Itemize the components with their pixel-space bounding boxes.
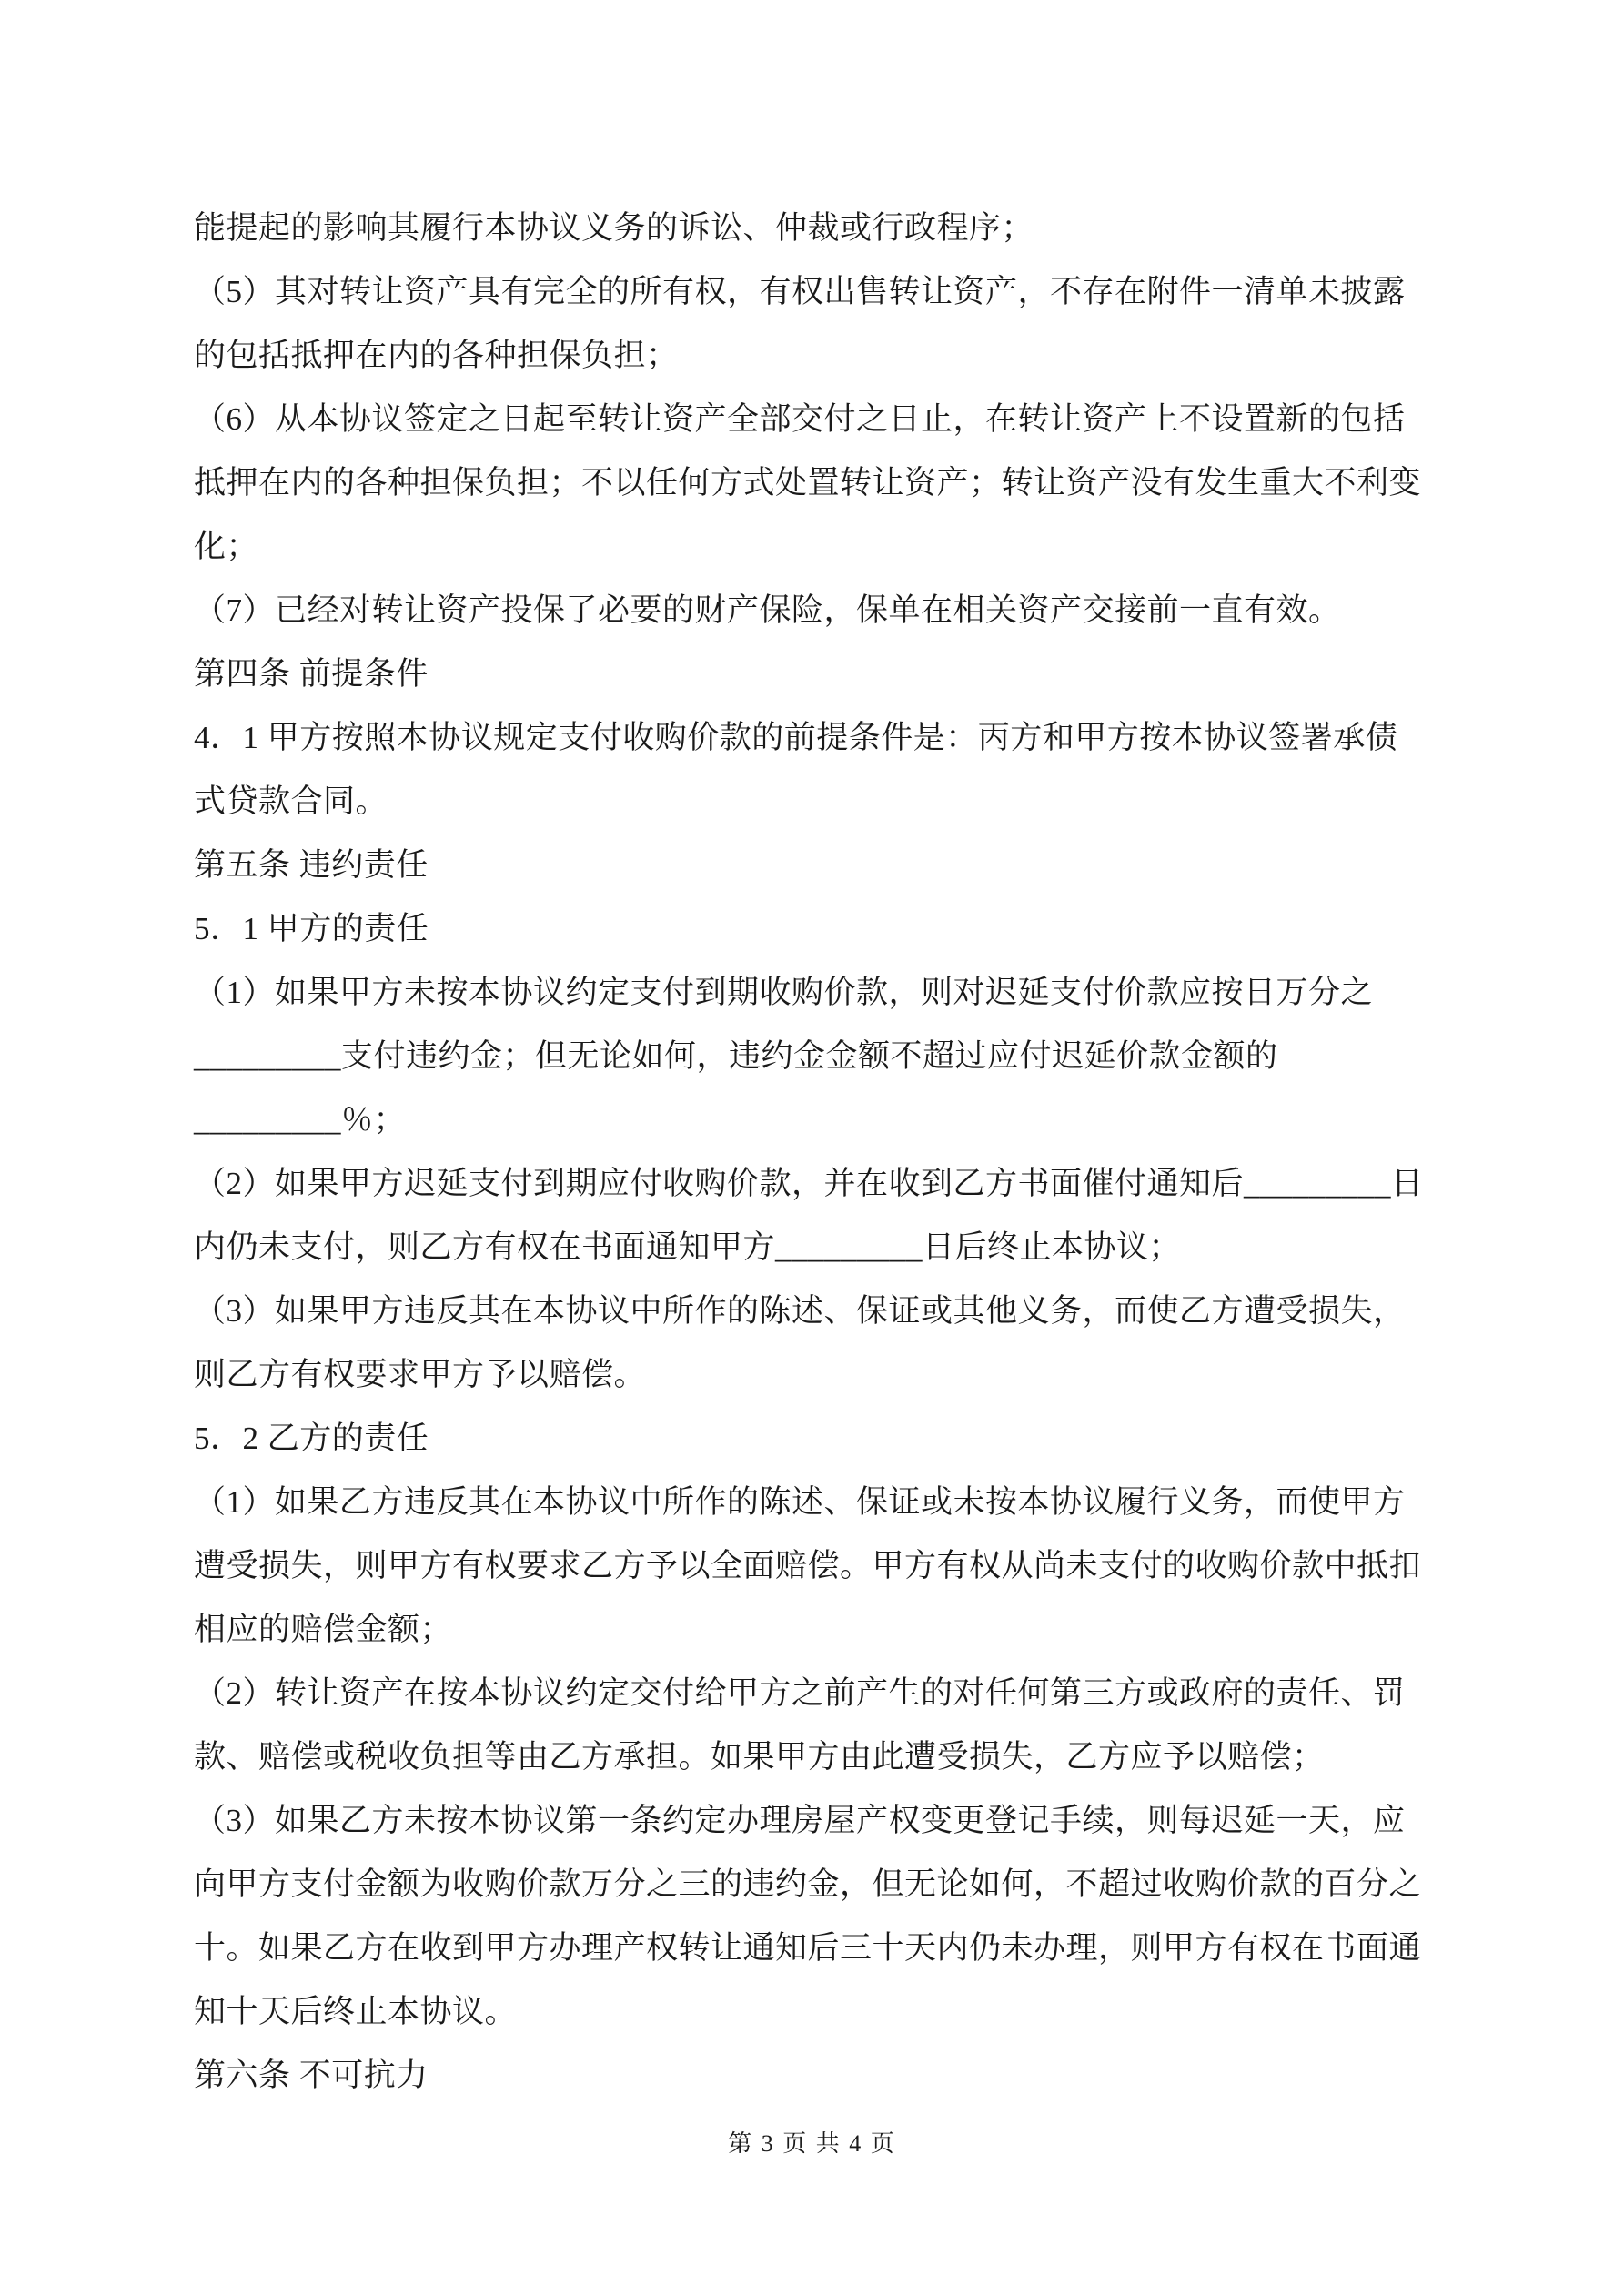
text-line: 第四条 前提条件 xyxy=(194,642,1524,706)
text-line: 相应的赔偿金额； xyxy=(194,1598,1524,1662)
text-line: （3）如果甲方违反其在本协议中所作的陈述、保证或其他义务，而使乙方遭受损失， xyxy=(194,1279,1524,1343)
text-line: 抵押在内的各种担保负担；不以任何方式处置转让资产；转让资产没有发生重大不利变 xyxy=(194,451,1524,515)
text-line: _________支付违约金；但无论如何，违约金金额不超过应付迟延价款金额的 xyxy=(194,1025,1524,1088)
text-line: 知十天后终止本协议。 xyxy=(194,1980,1524,2044)
page-number-text: 第 3 页 共 4 页 xyxy=(728,2130,896,2157)
text-line: 能提起的影响其履行本协议义务的诉讼、仲裁或行政程序； xyxy=(194,197,1524,260)
text-line: 4．1 甲方按照本协议规定支付收购价款的前提条件是：丙方和甲方按本协议签署承债 xyxy=(194,706,1524,770)
text-line: （1）如果乙方违反其在本协议中所作的陈述、保证或未按本协议履行义务，而使甲方 xyxy=(194,1471,1524,1534)
text-line: 化； xyxy=(194,515,1524,579)
text-line: （3）如果乙方未按本协议第一条约定办理房屋产权变更登记手续，则每迟延一天，应 xyxy=(194,1789,1524,1853)
text-line: 遭受损失，则甲方有权要求乙方予以全面赔偿。甲方有权从尚未支付的收购价款中抵扣 xyxy=(194,1534,1524,1598)
text-line: 第五条 违约责任 xyxy=(194,834,1524,897)
page-footer: 第 3 页 共 4 页 xyxy=(0,2128,1624,2160)
text-line: （1）如果甲方未按本协议约定支付到期收购价款，则对迟延支付价款应按日万分之 xyxy=(194,961,1524,1025)
text-line: 式贷款合同。 xyxy=(194,770,1524,834)
text-line: 则乙方有权要求甲方予以赔偿。 xyxy=(194,1343,1524,1407)
text-line: 款、赔偿或税收负担等由乙方承担。如果甲方由此遭受损失，乙方应予以赔偿； xyxy=(194,1725,1524,1789)
text-line: 第六条 不可抗力 xyxy=(194,2044,1524,2108)
text-line: 十。如果乙方在收到甲方办理产权转让通知后三十天内仍未办理，则甲方有权在书面通 xyxy=(194,1917,1524,1980)
text-line: （7）已经对转让资产投保了必要的财产保险，保单在相关资产交接前一直有效。 xyxy=(194,579,1524,642)
text-line: 5．1 甲方的责任 xyxy=(194,897,1524,961)
text-line: （2）如果甲方迟延支付到期应付收购价款，并在收到乙方书面催付通知后_______… xyxy=(194,1152,1524,1216)
text-line: _________％； xyxy=(194,1088,1524,1152)
contract-document-page: 能提起的影响其履行本协议义务的诉讼、仲裁或行政程序；（5）其对转让资产具有完全的… xyxy=(0,0,1624,2296)
contract-body-text: 能提起的影响其履行本协议义务的诉讼、仲裁或行政程序；（5）其对转让资产具有完全的… xyxy=(194,197,1524,2108)
text-line: 的包括抵押在内的各种担保负担； xyxy=(194,324,1524,388)
text-line: （6）从本协议签定之日起至转让资产全部交付之日止，在转让资产上不设置新的包括 xyxy=(194,388,1524,451)
text-line: 5．2 乙方的责任 xyxy=(194,1407,1524,1471)
text-line: （5）其对转让资产具有完全的所有权，有权出售转让资产，不存在附件一清单未披露 xyxy=(194,260,1524,324)
text-line: （2）转让资产在按本协议约定交付给甲方之前产生的对任何第三方或政府的责任、罚 xyxy=(194,1662,1524,1725)
text-line: 向甲方支付金额为收购价款万分之三的违约金，但无论如何，不超过收购价款的百分之 xyxy=(194,1853,1524,1917)
text-line: 内仍未支付，则乙方有权在书面通知甲方_________日后终止本协议； xyxy=(194,1216,1524,1279)
